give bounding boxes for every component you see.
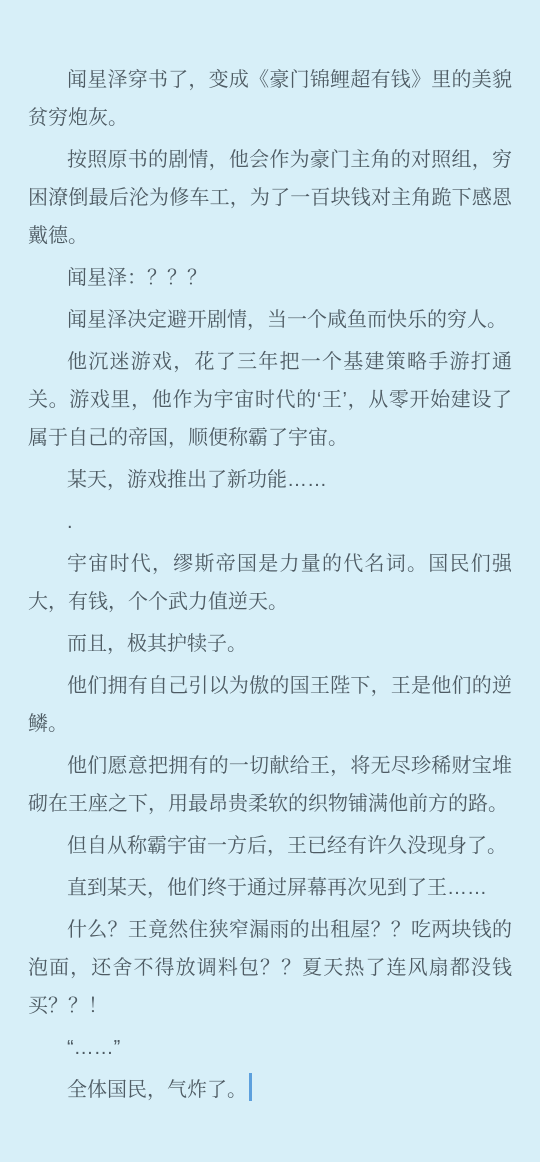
reader-page: 闻星泽穿书了，变成《豪门锦鲤超有钱》里的美貌贫穷炮灰。 按照原书的剧情，他会作为… — [0, 0, 540, 1162]
scene-separator-dot: . — [28, 503, 512, 541]
paragraph: 他们愿意把拥有的一切献给王，将无尽珍稀财宝堆砌在王座之下，用最昂贵柔软的织物铺满… — [28, 747, 512, 823]
paragraph: 闻星泽穿书了，变成《豪门锦鲤超有钱》里的美貌贫穷炮灰。 — [28, 61, 512, 137]
paragraph: 按照原书的剧情，他会作为豪门主角的对照组，穷困潦倒最后沦为修车工，为了一百块钱对… — [28, 141, 512, 255]
paragraph: 他们拥有自己引以为傲的国王陛下，王是他们的逆鳞。 — [28, 667, 512, 743]
paragraph: 全体国民，气炸了。 — [28, 1071, 512, 1109]
text-cursor[interactable] — [249, 1073, 252, 1101]
paragraph: 闻星泽：？？？ — [28, 259, 512, 297]
paragraph-text: 全体国民，气炸了。 — [67, 1079, 247, 1101]
paragraph: 但自从称霸宇宙一方后，王已经有许久没现身了。 — [28, 827, 512, 865]
paragraph: “……” — [28, 1029, 512, 1067]
paragraph: 某天，游戏推出了新功能…… — [28, 461, 512, 499]
paragraph: 宇宙时代，缪斯帝国是力量的代名词。国民们强大，有钱，个个武力值逆天。 — [28, 545, 512, 621]
paragraph: 什么？王竟然住狭窄漏雨的出租屋？？吃两块钱的泡面，还舍不得放调料包？？夏天热了连… — [28, 911, 512, 1025]
paragraph: 他沉迷游戏，花了三年把一个基建策略手游打通关。游戏里，他作为宇宙时代的‘王’，从… — [28, 343, 512, 457]
paragraph: 而且，极其护犊子。 — [28, 625, 512, 663]
paragraph: 闻星泽决定避开剧情，当一个咸鱼而快乐的穷人。 — [28, 301, 512, 339]
paragraph: 直到某天，他们终于通过屏幕再次见到了王…… — [28, 869, 512, 907]
